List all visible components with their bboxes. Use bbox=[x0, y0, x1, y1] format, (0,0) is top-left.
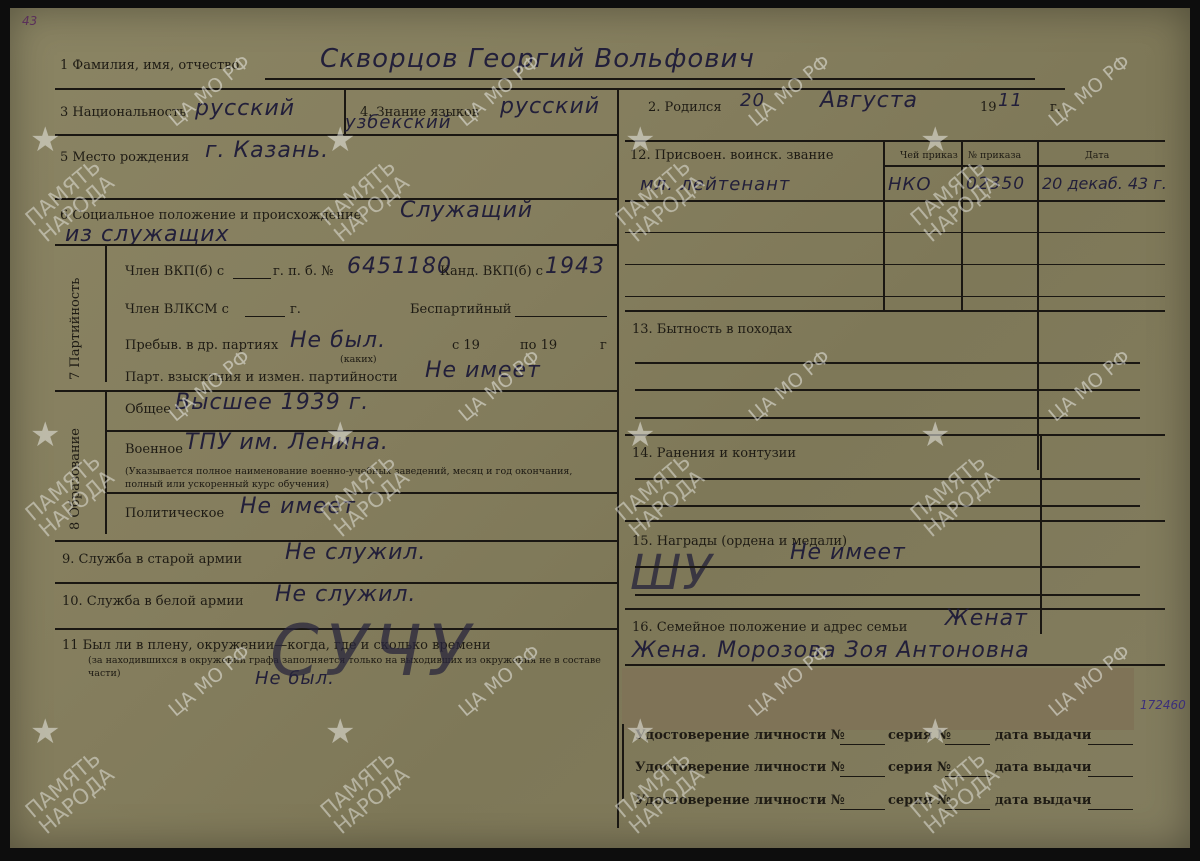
field-9-label: 9. Служба в старой армии bbox=[62, 552, 242, 567]
id-doc-3-date: дата выдачи bbox=[995, 793, 1091, 808]
political-edu-value: Не имеет bbox=[240, 494, 356, 519]
general-edu-value: Высшее 1939 г. bbox=[175, 390, 369, 415]
field-6-value-1: Служащий bbox=[400, 198, 533, 223]
military-edu-label: Военное bbox=[125, 442, 183, 457]
field-14-label: 14. Ранения и контузии bbox=[632, 446, 796, 461]
candidate-year: 1943 bbox=[545, 254, 605, 279]
field-12-label: 12. Присвоен. воинск. звание bbox=[630, 148, 834, 163]
field-16-value-2: Жена. Морозова Зоя Антоновна bbox=[632, 638, 1030, 663]
general-edu-label: Общее bbox=[125, 402, 171, 417]
field-2-label: 2. Родился bbox=[648, 100, 722, 115]
rank-row-1-order-no: 02350 bbox=[966, 174, 1025, 194]
birth-year-suffix: г. bbox=[1050, 100, 1061, 115]
section-7-label: 7 Партийность bbox=[68, 278, 83, 380]
id-doc-1-date: дата выдачи bbox=[995, 728, 1091, 743]
birth-year: 11 bbox=[998, 90, 1023, 111]
id-doc-2-series: серия № bbox=[888, 760, 951, 775]
rank-row-1-issuer: НКО bbox=[888, 174, 931, 195]
military-edu-note: (Указывается полное наименование военно-… bbox=[125, 465, 610, 491]
vlksm-suffix: г. bbox=[290, 302, 301, 317]
field-3-label: 3 Национальность bbox=[60, 105, 186, 120]
field-6-label: 6 Социальное положение и происхождение bbox=[60, 208, 361, 223]
birth-day: 20 bbox=[740, 90, 765, 111]
penalties-value: Не имеет bbox=[425, 358, 541, 383]
field-13-label: 13. Бытность в походах bbox=[632, 322, 792, 337]
rank-row-1: мл. лейтенант bbox=[640, 174, 790, 195]
party-card-number: 6451180 bbox=[347, 254, 452, 279]
id-doc-3-label: Удостоверение личности № bbox=[635, 793, 845, 808]
field-15-value: Не имеет bbox=[790, 540, 906, 565]
penalties-label: Парт. взыскания и измен. партийности bbox=[125, 370, 398, 385]
field-4-value-1: русский bbox=[500, 94, 600, 119]
redacted-area bbox=[622, 668, 1134, 730]
col-order-no: № приказа bbox=[968, 150, 1021, 161]
field-5-label: 5 Место рождения bbox=[60, 150, 189, 165]
col-date: Дата bbox=[1085, 150, 1109, 161]
other-party-value: Не был. bbox=[290, 328, 386, 353]
party-member-label: Член ВКП(б) с bbox=[125, 264, 224, 279]
id-doc-1-series: серия № bbox=[888, 728, 951, 743]
candidate-label: Канд. ВКП(б) с bbox=[440, 264, 543, 279]
id-doc-2-label: Удостоверение личности № bbox=[635, 760, 845, 775]
field-16-label: 16. Семейное положение и адрес семьи bbox=[632, 620, 907, 635]
field-5-value: г. Казань. bbox=[205, 138, 329, 163]
party-to-label: по 19 bbox=[520, 338, 557, 353]
other-party-label: Пребыв. в др. партиях bbox=[125, 338, 278, 353]
section-8-label: 8 Образование bbox=[68, 428, 83, 530]
archive-number: 172460 bbox=[1140, 698, 1186, 712]
corner-mark: 43 bbox=[22, 14, 37, 28]
party-year-suffix: г bbox=[600, 338, 607, 353]
id-doc-1-label: Удостоверение личности № bbox=[635, 728, 845, 743]
birth-year-prefix: 19 bbox=[980, 100, 997, 115]
vlksm-label: Член ВЛКСМ с bbox=[125, 302, 229, 317]
field-1-label: 1 Фамилия, имя, отчество bbox=[60, 58, 239, 73]
other-party-hint: (каких) bbox=[340, 354, 377, 365]
field-10-value: Не служил. bbox=[275, 582, 416, 607]
field-16-value-1: Женат bbox=[945, 606, 1028, 631]
military-edu-value: ТПУ им. Ленина. bbox=[185, 430, 389, 455]
field-3-value: русский bbox=[195, 96, 295, 121]
field-1-value: Скворцов Георгий Вольфович bbox=[320, 44, 755, 74]
birth-month: Августа bbox=[820, 88, 918, 113]
rank-row-1-date: 20 декаб. 43 г. bbox=[1042, 174, 1167, 193]
party-card-label: г. п. б. № bbox=[273, 264, 333, 279]
id-doc-2-date: дата выдачи bbox=[995, 760, 1091, 775]
field-10-label: 10. Служба в белой армии bbox=[62, 594, 244, 609]
party-from-label: с 19 bbox=[452, 338, 480, 353]
political-edu-label: Политическое bbox=[125, 506, 224, 521]
field-4-value-2: узбекский bbox=[345, 112, 451, 133]
nonparty-label: Беспартийный bbox=[410, 302, 511, 317]
field-9-value: Не служил. bbox=[285, 540, 426, 565]
signature: ШУ bbox=[630, 545, 713, 601]
col-issuer: Чей приказ bbox=[900, 150, 958, 161]
large-signature: СУЧУ bbox=[270, 610, 476, 692]
id-doc-3-series: серия № bbox=[888, 793, 951, 808]
